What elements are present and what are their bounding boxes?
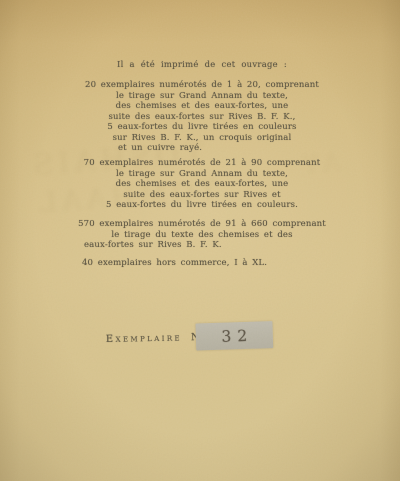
book-colophon-page-photo: TOSHAIS TOMHAAL AY Il a été imprimé de c… bbox=[0, 0, 400, 481]
limitation-line: 5 eaux-fortes du livre tirées en couleur… bbox=[70, 200, 334, 211]
limitation-line: 20 exemplaires numérotés de 1 à 20, comp… bbox=[70, 80, 334, 91]
limitation-line: 570 exemplaires numérotés de 91 à 660 co… bbox=[70, 219, 334, 230]
copy-number-stamp: 32 bbox=[195, 321, 273, 350]
limitation-line: le tirage sur Grand Annam du texte, bbox=[70, 169, 334, 180]
limitation-paragraph-hors-commerce: 40 exemplaires hors commerce, I à XL. bbox=[70, 258, 334, 269]
limitation-line: des chemises et des eaux-fortes, une bbox=[70, 101, 334, 112]
limitation-header: Il a été imprimé de cet ouvrage : bbox=[70, 59, 334, 70]
limitation-paragraph-20: 20 exemplaires numérotés de 1 à 20, comp… bbox=[70, 80, 334, 154]
limitation-line: et un cuivre rayé. bbox=[70, 143, 334, 154]
limitation-line: le tirage sur Grand Annam du texte, bbox=[70, 91, 334, 102]
stamped-copy-number: 32 bbox=[215, 326, 253, 345]
limitation-line: le tirage du texte des chemises et des bbox=[70, 230, 334, 241]
copy-number-label: ExemplaireNº bbox=[106, 332, 206, 345]
copy-number-row: ExemplaireNº 32 bbox=[106, 325, 337, 360]
limitation-line: suite des eaux-fortes sur Rives et bbox=[70, 190, 334, 201]
exemplaire-label: Exemplaire bbox=[106, 332, 182, 345]
limitation-line: 70 exemplaires numérotés de 21 à 90 comp… bbox=[70, 158, 334, 169]
limitation-line: eaux-fortes sur Rives B. F. K. bbox=[70, 240, 334, 251]
limitation-line: suite des eaux-fortes sur Rives B. F. K.… bbox=[70, 112, 334, 123]
limitation-line: 5 eaux-fortes du livre tirées en couleur… bbox=[70, 122, 334, 133]
limitation-line: sur Rives B. F. K., un croquis original bbox=[70, 133, 334, 144]
limitation-line: des chemises et des eaux-fortes, une bbox=[70, 179, 334, 190]
limitation-paragraph-70: 70 exemplaires numérotés de 21 à 90 comp… bbox=[70, 158, 334, 211]
limitation-paragraph-570: 570 exemplaires numérotés de 91 à 660 co… bbox=[70, 219, 334, 251]
limitation-line: 40 exemplaires hors commerce, I à XL. bbox=[70, 258, 334, 269]
